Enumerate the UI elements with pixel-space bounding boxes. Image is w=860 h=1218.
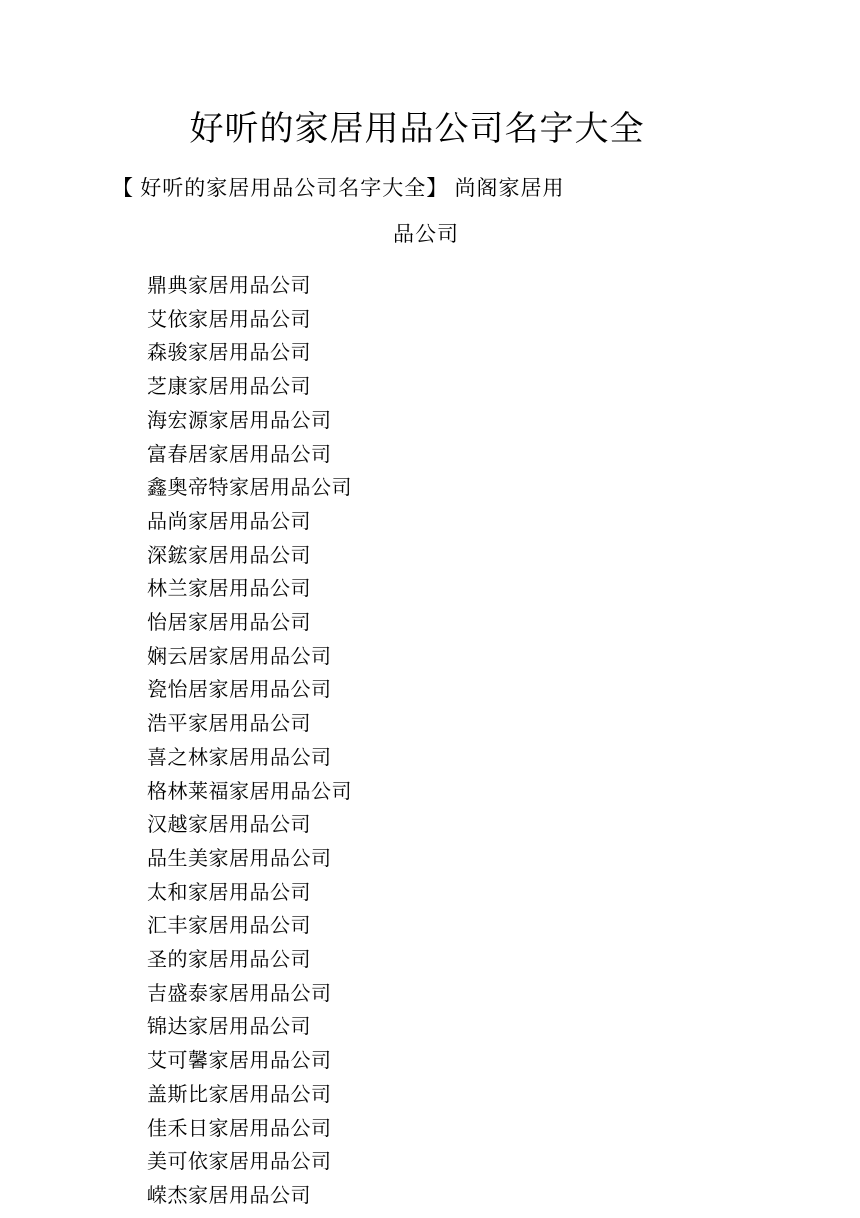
company-name-item: 品尚家居用品公司 — [147, 506, 860, 540]
company-name-item: 锦达家居用品公司 — [147, 1011, 860, 1045]
document-subtitle-line2: 品公司 — [0, 220, 860, 248]
company-name-item: 圣的家居用品公司 — [147, 944, 860, 978]
company-name-item: 深鋐家居用品公司 — [147, 540, 860, 574]
company-name-item: 鑫奥帝特家居用品公司 — [147, 472, 860, 506]
company-name-item: 森骏家居用品公司 — [147, 337, 860, 371]
company-name-item: 太和家居用品公司 — [147, 877, 860, 911]
company-name-item: 林兰家居用品公司 — [147, 573, 860, 607]
company-name-item: 鼎典家居用品公司 — [147, 270, 860, 304]
company-name-item: 浩平家居用品公司 — [147, 708, 860, 742]
company-name-item: 怡居家居用品公司 — [147, 607, 860, 641]
company-name-item: 汇丰家居用品公司 — [147, 910, 860, 944]
company-name-item: 瓷怡居家居用品公司 — [147, 674, 860, 708]
company-name-item: 娴云居家居用品公司 — [147, 641, 860, 675]
document-subtitle-line1: 【 好听的家居用品公司名字大全】 尚阁家居用 — [0, 174, 860, 202]
company-name-item: 佳禾日家居用品公司 — [147, 1113, 860, 1147]
company-name-item: 盖斯比家居用品公司 — [147, 1079, 860, 1113]
company-name-item: 美可依家居用品公司 — [147, 1146, 860, 1180]
company-name-list: 鼎典家居用品公司艾依家居用品公司森骏家居用品公司芝康家居用品公司海宏源家居用品公… — [0, 270, 860, 1214]
company-name-item: 吉盛泰家居用品公司 — [147, 978, 860, 1012]
company-name-item: 艾可馨家居用品公司 — [147, 1045, 860, 1079]
document-page: 好听的家居用品公司名字大全 【 好听的家居用品公司名字大全】 尚阁家居用 品公司… — [0, 0, 860, 1218]
company-name-item: 嵘杰家居用品公司 — [147, 1180, 860, 1214]
company-name-item: 富春居家居用品公司 — [147, 439, 860, 473]
company-name-item: 品生美家居用品公司 — [147, 843, 860, 877]
company-name-item: 汉越家居用品公司 — [147, 809, 860, 843]
company-name-item: 喜之林家居用品公司 — [147, 742, 860, 776]
company-name-item: 芝康家居用品公司 — [147, 371, 860, 405]
company-name-item: 海宏源家居用品公司 — [147, 405, 860, 439]
company-name-item: 格林莱福家居用品公司 — [147, 776, 860, 810]
document-title: 好听的家居用品公司名字大全 — [0, 110, 860, 150]
company-name-item: 艾依家居用品公司 — [147, 304, 860, 338]
